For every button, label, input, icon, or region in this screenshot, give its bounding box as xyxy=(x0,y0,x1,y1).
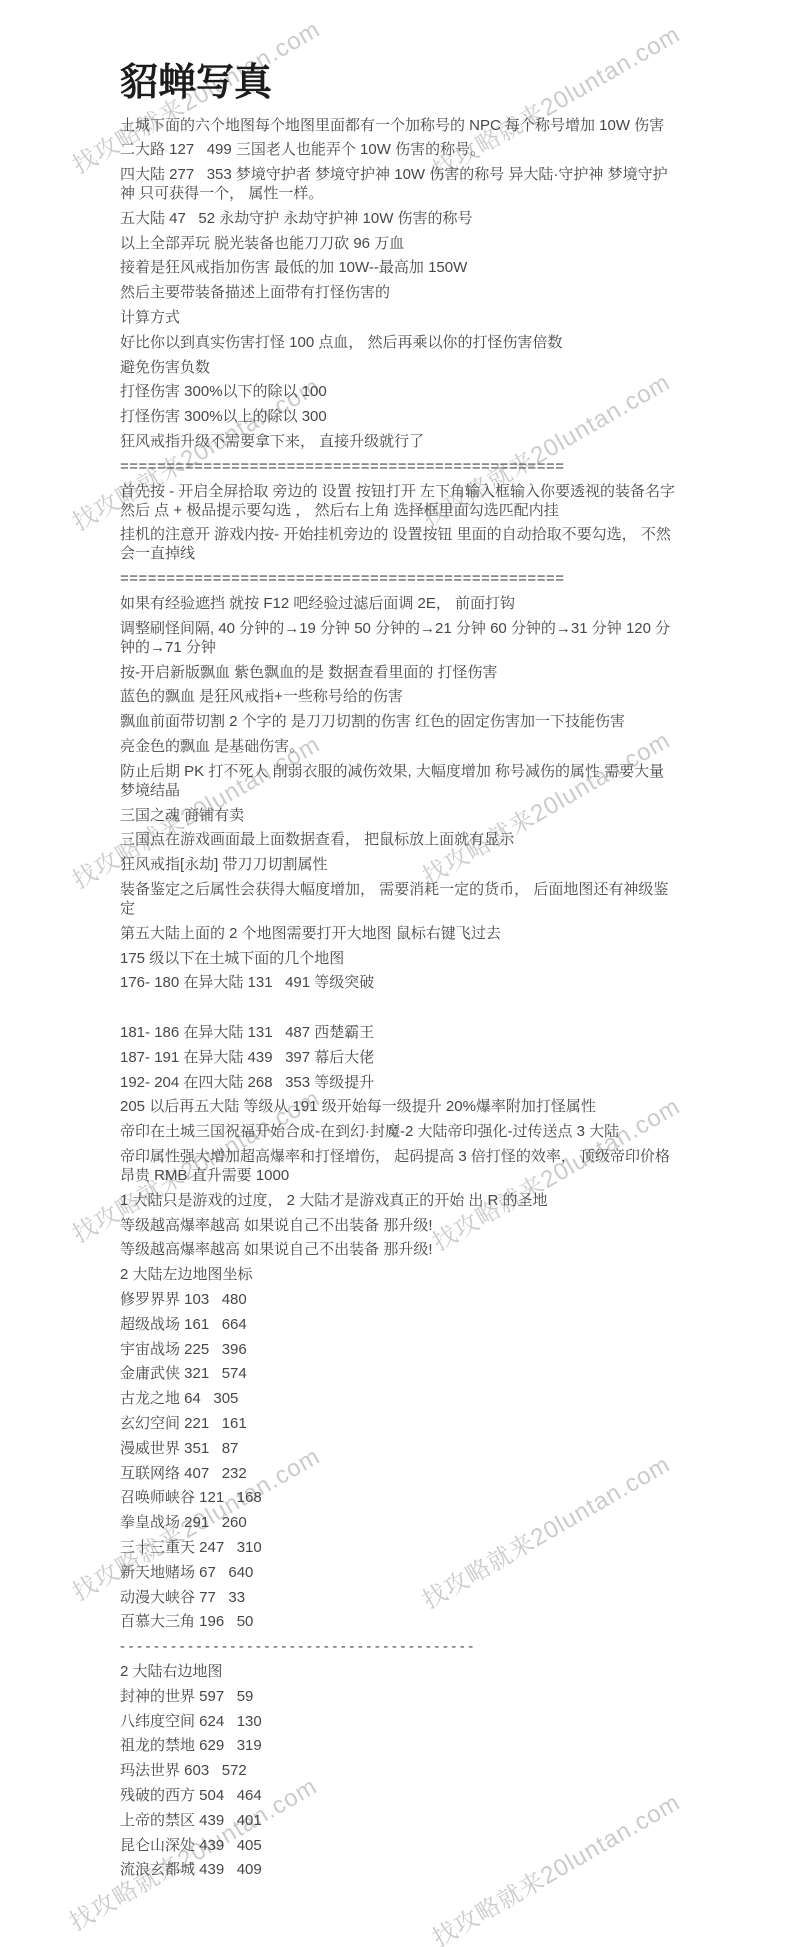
paragraph: 如果有经验遮挡 就按 F12 吧经验过滤后面调 2E， 前面打钩 xyxy=(120,594,677,613)
dash-divider: ----------------------------------------… xyxy=(120,1637,677,1656)
paragraph: 避免伤害负数 xyxy=(120,358,677,377)
paragraph: 召唤师峡谷 121 168 xyxy=(120,1488,677,1507)
paragraph: 动漫大峡谷 77 33 xyxy=(120,1588,677,1607)
paragraph: 帝印属性强大增加超高爆率和打怪增伤， 起码提高 3 倍打怪的效率， 顶级帝印价格… xyxy=(120,1147,677,1185)
paragraph: 上帝的禁区 439 401 xyxy=(120,1811,677,1830)
blank-line xyxy=(120,998,677,1017)
paragraph: 飘血前面带切割 2 个字的 是刀刀切割的伤害 红色的固定伤害加一下技能伤害 xyxy=(120,712,677,731)
paragraph: 三十三重天 247 310 xyxy=(120,1538,677,1557)
paragraph: 狂风戒指升级不需要拿下来， 直接升级就行了 xyxy=(120,432,677,451)
equals-divider: ========================================… xyxy=(120,457,677,476)
paragraph: 2 大陆右边地图 xyxy=(120,1662,677,1681)
paragraph: 装备鉴定之后属性会获得大幅度增加， 需要消耗一定的货币， 后面地图还有神级鉴定 xyxy=(120,880,677,918)
paragraph: 调整刷怪间隔, 40 分钟的→19 分钟 50 分钟的→21 分钟 60 分钟的… xyxy=(120,619,677,657)
paragraph: 玄幻空间 221 161 xyxy=(120,1414,677,1433)
paragraph: 宇宙战场 225 396 xyxy=(120,1340,677,1359)
paragraph: 2 大陆左边地图坐标 xyxy=(120,1265,677,1284)
paragraph: 新天地赌场 67 640 xyxy=(120,1563,677,1582)
paragraph: 好比你以到真实伤害打怪 100 点血， 然后再乘以你的打怪伤害倍数 xyxy=(120,333,677,352)
paragraph: 五大陆 47 52 永劫守护 永劫守护神 10W 伤害的称号 xyxy=(120,209,677,228)
article: 貂蝉写真 土城下面的六个地图每个地图里面都有一个加称号的 NPC 每个称号增加 … xyxy=(0,0,793,1925)
paragraph: 181- 186 在异大陆 131 487 西楚霸王 xyxy=(120,1023,677,1042)
paragraph: 帝印在土城三国祝福开始合成-在到幻·封魔-2 大陆帝印强化-过传送点 3 大陆 xyxy=(120,1122,677,1141)
paragraph: 防止后期 PK 打不死人 削弱衣服的减伤效果, 大幅度增加 称号减伤的属性 需要… xyxy=(120,762,677,800)
paragraph: 四大陆 277 353 梦境守护者 梦境守护神 10W 伤害的称号 异大陆·守护… xyxy=(120,165,677,203)
paragraph: 封神的世界 597 59 xyxy=(120,1687,677,1706)
paragraph: 金庸武侠 321 574 xyxy=(120,1364,677,1383)
paragraph: 祖龙的禁地 629 319 xyxy=(120,1736,677,1755)
paragraph: 205 以后再五大陆 等级从 191 级开始每一级提升 20%爆率附加打怪属性 xyxy=(120,1097,677,1116)
paragraph: 等级越高爆率越高 如果说自己不出装备 那升级! xyxy=(120,1240,677,1259)
paragraph: 挂机的注意开 游戏内按- 开始挂机旁边的 设置按钮 里面的自动拾取不要勾选， 不… xyxy=(120,525,677,563)
paragraph: 拳皇战场 291 260 xyxy=(120,1513,677,1532)
paragraph: 等级越高爆率越高 如果说自己不出装备 那升级! xyxy=(120,1216,677,1235)
paragraph: 漫威世界 351 87 xyxy=(120,1439,677,1458)
paragraph: 古龙之地 64 305 xyxy=(120,1389,677,1408)
paragraph: 流浪玄都城 439 409 xyxy=(120,1860,677,1879)
equals-divider: ========================================… xyxy=(120,569,677,588)
paragraph: 二大路 127 499 三国老人也能弄个 10W 伤害的称号。 xyxy=(120,140,677,159)
paragraph: 187- 191 在异大陆 439 397 幕后大佬 xyxy=(120,1048,677,1067)
paragraph: 然后主要带装备描述上面带有打怪伤害的 xyxy=(120,283,677,302)
page-title: 貂蝉写真 xyxy=(120,58,677,106)
paragraph: 192- 204 在四大陆 268 353 等级提升 xyxy=(120,1073,677,1092)
paragraph: 超级战场 161 664 xyxy=(120,1315,677,1334)
paragraph: 三国之魂 商铺有卖 xyxy=(120,806,677,825)
paragraph: 176- 180 在异大陆 131 491 等级突破 xyxy=(120,973,677,992)
paragraph: 八纬度空间 624 130 xyxy=(120,1712,677,1731)
paragraph: 以上全部弄玩 脱光装备也能刀刀砍 96 万血 xyxy=(120,234,677,253)
paragraph: 计算方式 xyxy=(120,308,677,327)
paragraph: 亮金色的飘血 是基础伤害。 xyxy=(120,737,677,756)
paragraph: 互联网络 407 232 xyxy=(120,1464,677,1483)
paragraph: 蓝色的飘血 是狂风戒指+一些称号给的伤害 xyxy=(120,687,677,706)
paragraph: 狂风戒指[永劫] 带刀刀切割属性 xyxy=(120,855,677,874)
paragraph: 按-开启新版飘血 紫色飘血的是 数据查看里面的 打怪伤害 xyxy=(120,663,677,682)
paragraph: 残破的西方 504 464 xyxy=(120,1786,677,1805)
paragraph: 百慕大三角 196 50 xyxy=(120,1612,677,1631)
paragraph: 首先按 - 开启全屏拾取 旁边的 设置 按钮打开 左下角输入框输入你要透视的装备… xyxy=(120,482,677,520)
paragraph: 三国点在游戏画面最上面数据查看， 把鼠标放上面就有显示 xyxy=(120,830,677,849)
paragraph: 修罗界界 103 480 xyxy=(120,1290,677,1309)
paragraph: 土城下面的六个地图每个地图里面都有一个加称号的 NPC 每个称号增加 10W 伤… xyxy=(120,116,677,135)
paragraph: 玛法世界 603 572 xyxy=(120,1761,677,1780)
article-body: 土城下面的六个地图每个地图里面都有一个加称号的 NPC 每个称号增加 10W 伤… xyxy=(120,116,677,1880)
paragraph: 打怪伤害 300%以上的除以 300 xyxy=(120,407,677,426)
paragraph: 第五大陆上面的 2 个地图需要打开大地图 鼠标右键飞过去 xyxy=(120,924,677,943)
paragraph: 1 大陆只是游戏的过度， 2 大陆才是游戏真正的开始 出 R 的圣地 xyxy=(120,1191,677,1210)
paragraph: 昆仑山深处 439 405 xyxy=(120,1836,677,1855)
paragraph: 175 级以下在土城下面的几个地图 xyxy=(120,949,677,968)
paragraph: 接着是狂风戒指加伤害 最低的加 10W--最高加 150W xyxy=(120,258,677,277)
paragraph: 打怪伤害 300%以下的除以 100 xyxy=(120,382,677,401)
